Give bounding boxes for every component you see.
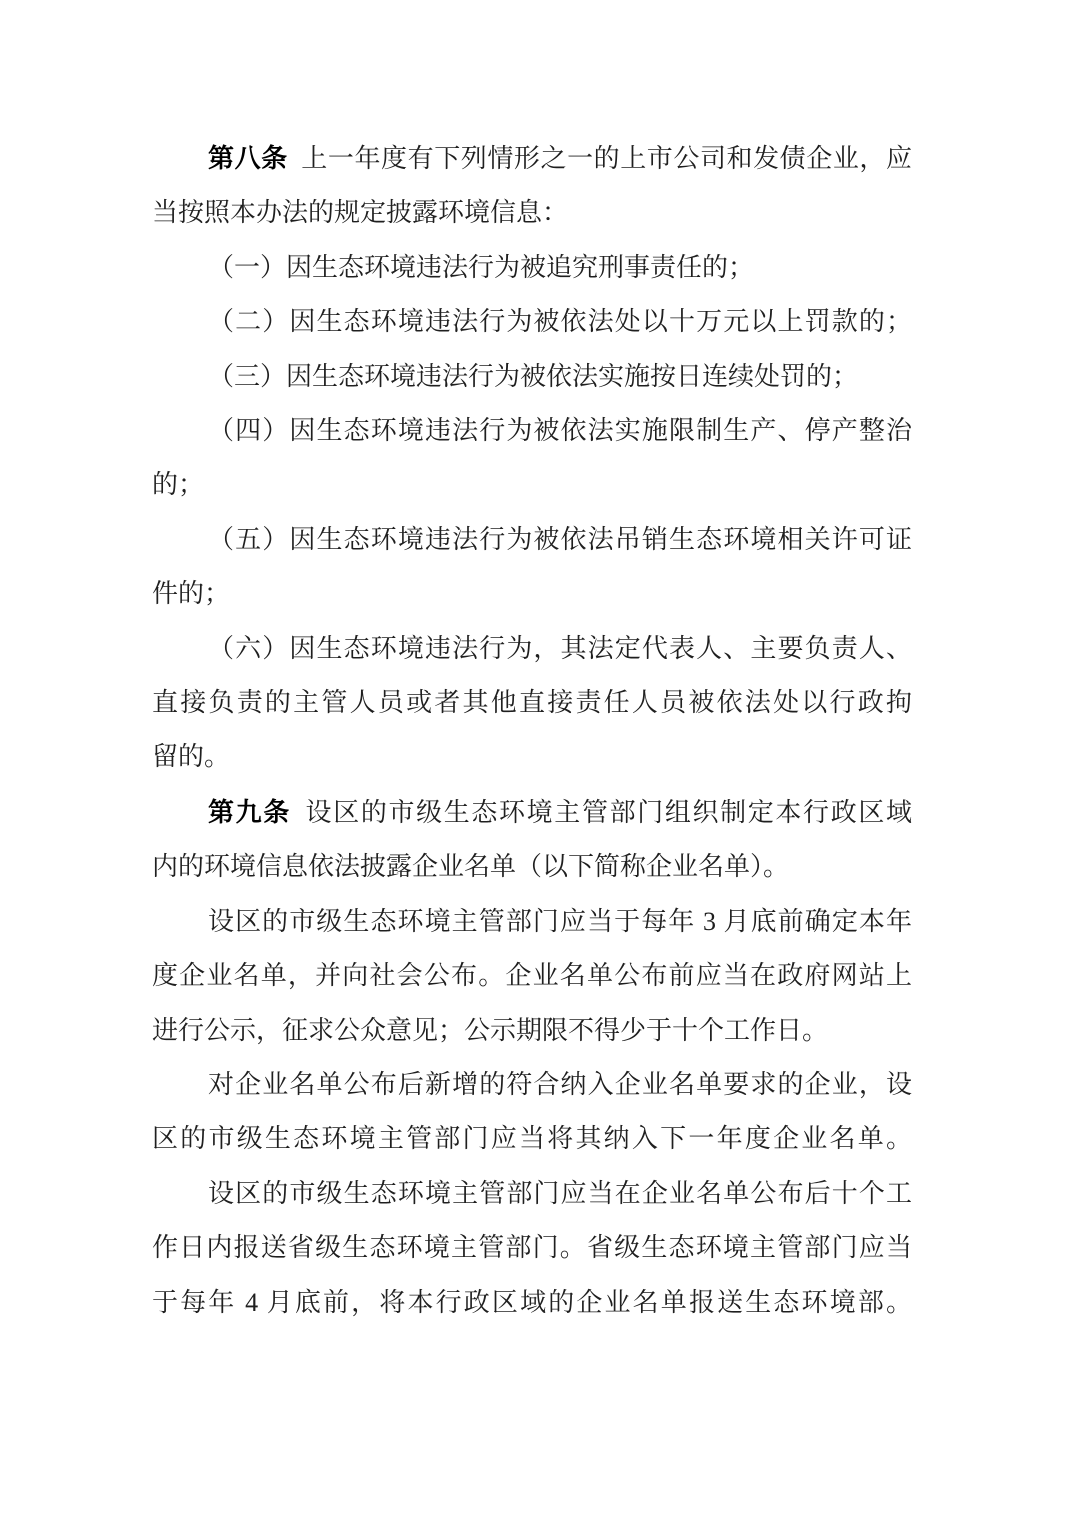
paragraph: （四）因生态环境违法行为被依法实施限制生产、停产整治的； (152, 404, 912, 513)
page-background: 第八条 上一年度有下列情形之一的上市公司和发债企业，应当按照本办法的规定披露环境… (0, 0, 1074, 1520)
text-line: 当按照本办法的规定披露环境信息： (152, 186, 912, 240)
text-line: （四）因生态环境违法行为被依法实施限制生产、停产整治 (152, 404, 912, 458)
paragraph: 第八条 上一年度有下列情形之一的上市公司和发债企业，应当按照本办法的规定披露环境… (152, 131, 912, 241)
paragraph: （一）因生态环境违法行为被追究刑事责任的； (152, 241, 912, 295)
paragraph: （三）因生态环境违法行为被依法实施按日连续处罚的； (152, 350, 912, 404)
text-line: （六）因生态环境违法行为，其法定代表人、主要负责人、 (152, 622, 912, 676)
article-number: 第八条 (208, 143, 288, 173)
document-body: 第八条 上一年度有下列情形之一的上市公司和发债企业，应当按照本办法的规定披露环境… (152, 131, 912, 1330)
text-line: （三）因生态环境违法行为被依法实施按日连续处罚的； (152, 350, 912, 404)
article-number: 第九条 (208, 797, 291, 827)
text-line: （一）因生态环境违法行为被追究刑事责任的； (152, 241, 912, 295)
document-page: { "page": { "background_color": "#ffffff… (0, 0, 1074, 1520)
text-line: 于每年 4 月底前，将本行政区域的企业名单报送生态环境部。 (152, 1276, 912, 1330)
paragraph: （六）因生态环境违法行为，其法定代表人、主要负责人、直接负责的主管人员或者其他直… (152, 622, 912, 785)
text-line: （二）因生态环境违法行为被依法处以十万元以上罚款的； (152, 295, 912, 349)
text-line: 件的； (152, 567, 912, 621)
paragraph: 对企业名单公布后新增的符合纳入企业名单要求的企业，设区的市级生态环境主管部门应当… (152, 1058, 912, 1167)
text-line: 第八条 上一年度有下列情形之一的上市公司和发债企业，应 (152, 131, 912, 186)
text-line: 对企业名单公布后新增的符合纳入企业名单要求的企业，设 (152, 1058, 912, 1112)
text-line: 设区的市级生态环境主管部门应当在企业名单公布后十个工 (152, 1167, 912, 1221)
paragraph: （二）因生态环境违法行为被依法处以十万元以上罚款的； (152, 295, 912, 349)
text-line: 内的环境信息依法披露企业名单（以下简称企业名单）。 (152, 840, 912, 894)
text-line: 的； (152, 458, 912, 512)
text-line: 区的市级生态环境主管部门应当将其纳入下一年度企业名单。 (152, 1112, 912, 1166)
text-line: 第九条 设区的市级生态环境主管部门组织制定本行政区域 (152, 785, 912, 840)
paragraph: 设区的市级生态环境主管部门应当于每年 3 月底前确定本年度企业名单，并向社会公布… (152, 895, 912, 1058)
text-line: 作日内报送省级生态环境主管部门。省级生态环境主管部门应当 (152, 1221, 912, 1275)
text-line: 度企业名单，并向社会公布。企业名单公布前应当在政府网站上 (152, 949, 912, 1003)
paragraph: 第九条 设区的市级生态环境主管部门组织制定本行政区域内的环境信息依法披露企业名单… (152, 785, 912, 895)
text-line: 设区的市级生态环境主管部门应当于每年 3 月底前确定本年 (152, 895, 912, 949)
text-line: 直接负责的主管人员或者其他直接责任人员被依法处以行政拘 (152, 676, 912, 730)
text-line: 进行公示，征求公众意见；公示期限不得少于十个工作日。 (152, 1004, 912, 1058)
paragraph: 设区的市级生态环境主管部门应当在企业名单公布后十个工作日内报送省级生态环境主管部… (152, 1167, 912, 1330)
paragraph: （五）因生态环境违法行为被依法吊销生态环境相关许可证件的； (152, 513, 912, 622)
text-line: 留的。 (152, 730, 912, 784)
text-line: （五）因生态环境违法行为被依法吊销生态环境相关许可证 (152, 513, 912, 567)
